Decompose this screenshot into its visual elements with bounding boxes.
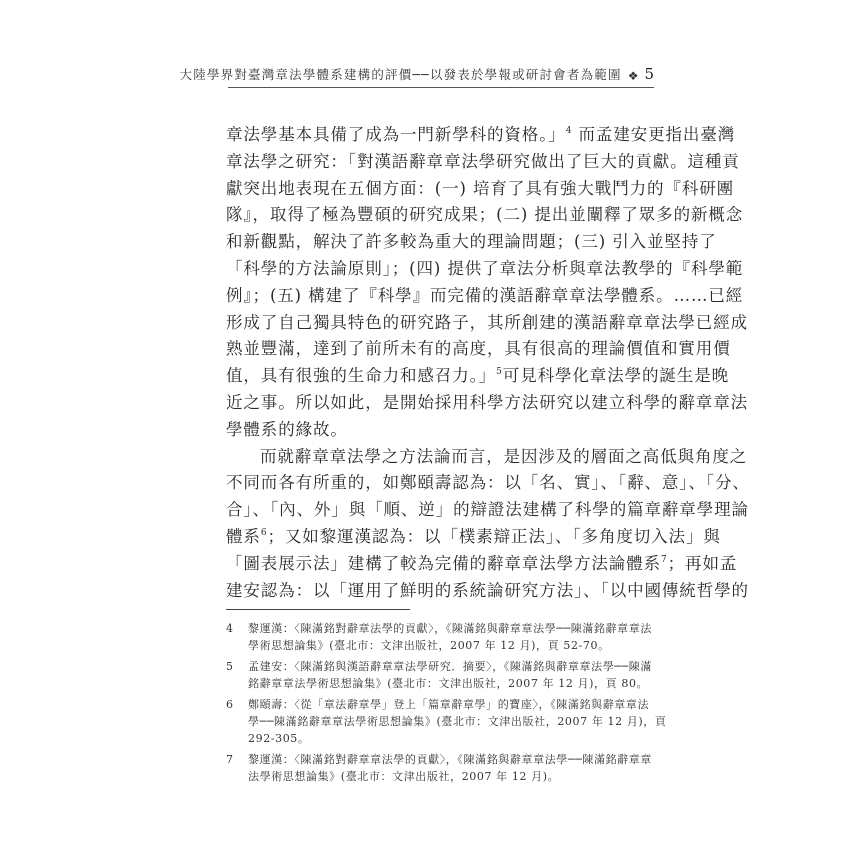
text-segment: 例』；(五) 構建了『科學』而完備的漢語辭章章法學體系。……已經: [226, 286, 743, 305]
text-segment: 不同而各有所重的，如鄭頤壽認為：以「名、實」、「辭、意」、「分、: [226, 473, 750, 492]
footnote-number: 5: [226, 658, 248, 692]
running-header: 大陸學界對臺灣章法學體系建構的評價──以發表於學報或研討會者為範圍 ❖ 5: [228, 60, 654, 88]
footnote-line: 黎運漢：〈陳滿銘對辭章法學的貢獻〉，《陳滿銘與辭章章法學──陳滿銘辭章章法: [248, 620, 652, 637]
footnote-ref[interactable]: 5: [496, 367, 503, 377]
text-line: 熟並豐滿，達到了前所未有的高度，具有很高的理論價值和實用價: [226, 336, 654, 363]
footnote-line: 學術思想論集》(臺北市：文津出版社，2007 年 12 月)，頁 52-70。: [248, 637, 652, 654]
text-segment: 而就辭章章法學之方法論而言，是因涉及的層面之高低與角度之: [260, 447, 747, 466]
footnote-number: 7: [226, 751, 248, 785]
text-line: 隊』，取得了極為豐碩的研究成果；(二) 提出並闡釋了眾多的新概念: [226, 202, 654, 229]
footnote-number: 6: [226, 696, 248, 747]
footnote-text: 黎運漢：〈陳滿銘對辭章章法學的貢獻〉，《陳滿銘與辭章章法學──陳滿銘辭章章法學術…: [248, 751, 652, 785]
text-segment: 「圖表展示法」建構了較為完備的辭章章法學方法論體系: [226, 554, 661, 573]
footnote-line: 法學術思想論集》(臺北市：文津出版社，2007 年 12 月)。: [248, 768, 652, 785]
text-line: 「圖表展示法」建構了較為完備的辭章章法學方法論體系7；再如孟: [226, 551, 654, 578]
text-line: 而就辭章章法學之方法論而言，是因涉及的層面之高低與角度之: [226, 444, 654, 471]
footnote-line: 鄭頤壽：〈從「章法辭章學」登上「篇章辭章學」的寶座〉，《陳滿銘與辭章章法: [248, 696, 667, 713]
text-line: 例』；(五) 構建了『科學』而完備的漢語辭章章法學體系。……已經: [226, 283, 654, 310]
main-text: 章法學基本具備了成為一門新學科的資格。」4 而孟建安更指出臺灣章法學之研究：「對…: [226, 122, 654, 604]
footnote-ref[interactable]: 7: [661, 555, 668, 565]
footnote-text: 鄭頤壽：〈從「章法辭章學」登上「篇章辭章學」的寶座〉，《陳滿銘與辭章章法學──陳…: [248, 696, 667, 747]
text-segment: 建安認為：以「運用了鮮明的系統論研究方法」、「以中國傳統哲學的: [226, 581, 749, 600]
text-segment: 近之事。所以如此，是開始採用科學方法研究以建立科學的辭章章法: [226, 393, 748, 412]
text-segment: 而孟建安更指出臺灣: [572, 125, 735, 144]
text-segment: 獻突出地表現在五個方面：(一) 培育了具有強大戰鬥力的『科研團: [226, 179, 734, 198]
footnote-text: 黎運漢：〈陳滿銘對辭章法學的貢獻〉，《陳滿銘與辭章章法學──陳滿銘辭章章法學術思…: [248, 620, 652, 654]
text-line: 不同而各有所重的，如鄭頤壽認為：以「名、實」、「辭、意」、「分、: [226, 470, 654, 497]
text-line: 章法學之研究：「對漢語辭章章法學研究做出了巨大的貢獻。這種貢: [226, 149, 654, 176]
text-line: 值，具有很強的生命力和感召力。」5可見科學化章法學的誕生是晚: [226, 363, 654, 390]
footnote-text: 孟建安：〈陳滿銘與漢語辭章章法學研究．摘要〉，《陳滿銘與辭章章法學──陳滿銘辭章…: [248, 658, 652, 692]
text-line: 體系6；又如黎運漢認為：以「樸素辯正法」、「多角度切入法」與: [226, 524, 654, 551]
text-line: 建安認為：以「運用了鮮明的系統論研究方法」、「以中國傳統哲學的: [226, 578, 654, 605]
text-line: 章法學基本具備了成為一門新學科的資格。」4 而孟建安更指出臺灣: [226, 122, 654, 149]
footnote-item: 4黎運漢：〈陳滿銘對辭章法學的貢獻〉，《陳滿銘與辭章章法學──陳滿銘辭章章法學術…: [226, 620, 656, 654]
footnote-line: 292-305。: [248, 730, 667, 747]
text-segment: 可見科學化章法學的誕生是晚: [503, 366, 729, 385]
text-line: 「科學的方法論原則」；(四) 提供了章法分析與章法教學的『科學範: [226, 256, 654, 283]
footnote-item: 7黎運漢：〈陳滿銘對辭章章法學的貢獻〉，《陳滿銘與辭章章法學──陳滿銘辭章章法學…: [226, 751, 656, 785]
text-segment: 體系: [226, 527, 261, 546]
text-segment: 章法學基本具備了成為一門新學科的資格。」: [226, 125, 566, 144]
footnote-item: 6鄭頤壽：〈從「章法辭章學」登上「篇章辭章學」的寶座〉，《陳滿銘與辭章章法學──…: [226, 696, 656, 747]
text-segment: 合」、「內、外」與「順、逆」的辯證法建構了科學的篇章辭章學理論: [226, 500, 749, 519]
text-segment: ；再如孟: [668, 554, 738, 573]
diamond-ornament-icon: ❖: [628, 69, 639, 83]
text-line: 近之事。所以如此，是開始採用科學方法研究以建立科學的辭章章法: [226, 390, 654, 417]
page-number: 5: [644, 65, 654, 83]
text-segment: 章法學之研究：「對漢語辭章章法學研究做出了巨大的貢獻。這種貢: [226, 152, 740, 171]
footnote-divider: [226, 609, 410, 610]
text-line: 獻突出地表現在五個方面：(一) 培育了具有強大戰鬥力的『科研團: [226, 176, 654, 203]
text-segment: 值，具有很強的生命力和感召力。」: [226, 366, 496, 385]
text-line: 和新觀點，解決了許多較為重大的理論問題；(三) 引入並堅持了: [226, 229, 654, 256]
running-title: 大陸學界對臺灣章法學體系建構的評價──以發表於學報或研討會者為範圍: [180, 65, 622, 83]
footnote-line: 孟建安：〈陳滿銘與漢語辭章章法學研究．摘要〉，《陳滿銘與辭章章法學──陳滿: [248, 658, 652, 675]
text-segment: 和新觀點，解決了許多較為重大的理論問題；(三) 引入並堅持了: [226, 232, 717, 251]
text-line: 學體系的緣故。: [226, 417, 654, 444]
footnote-line: 學──陳滿銘辭章章法學術思想論集》(臺北市：文津出版社，2007 年 12 月)…: [248, 713, 667, 730]
text-segment: 隊』，取得了極為豐碩的研究成果；(二) 提出並闡釋了眾多的新概念: [226, 205, 743, 224]
text-segment: 形成了自己獨具特色的研究路子，其所創建的漢語辭章章法學已經成: [226, 313, 748, 332]
text-line: 形成了自己獨具特色的研究路子，其所創建的漢語辭章章法學已經成: [226, 310, 654, 337]
footnote-line: 銘辭章章法學術思想論集》(臺北市：文津出版社，2007 年 12 月)，頁 80…: [248, 675, 652, 692]
text-segment: ；又如黎運漢認為：以「樸素辯正法」、「多角度切入法」與: [267, 527, 720, 546]
text-line: 合」、「內、外」與「順、逆」的辯證法建構了科學的篇章辭章學理論: [226, 497, 654, 524]
footnote-item: 5孟建安：〈陳滿銘與漢語辭章章法學研究．摘要〉，《陳滿銘與辭章章法學──陳滿銘辭…: [226, 658, 656, 692]
text-segment: 熟並豐滿，達到了前所未有的高度，具有很高的理論價值和實用價: [226, 339, 731, 358]
text-segment: 「科學的方法論原則」；(四) 提供了章法分析與章法教學的『科學範: [226, 259, 743, 278]
text-segment: 學體系的緣故。: [226, 420, 348, 439]
footnotes: 4黎運漢：〈陳滿銘對辭章法學的貢獻〉，《陳滿銘與辭章章法學──陳滿銘辭章章法學術…: [226, 620, 656, 789]
footnote-line: 黎運漢：〈陳滿銘對辭章章法學的貢獻〉，《陳滿銘與辭章章法學──陳滿銘辭章章: [248, 751, 652, 768]
footnote-number: 4: [226, 620, 248, 654]
